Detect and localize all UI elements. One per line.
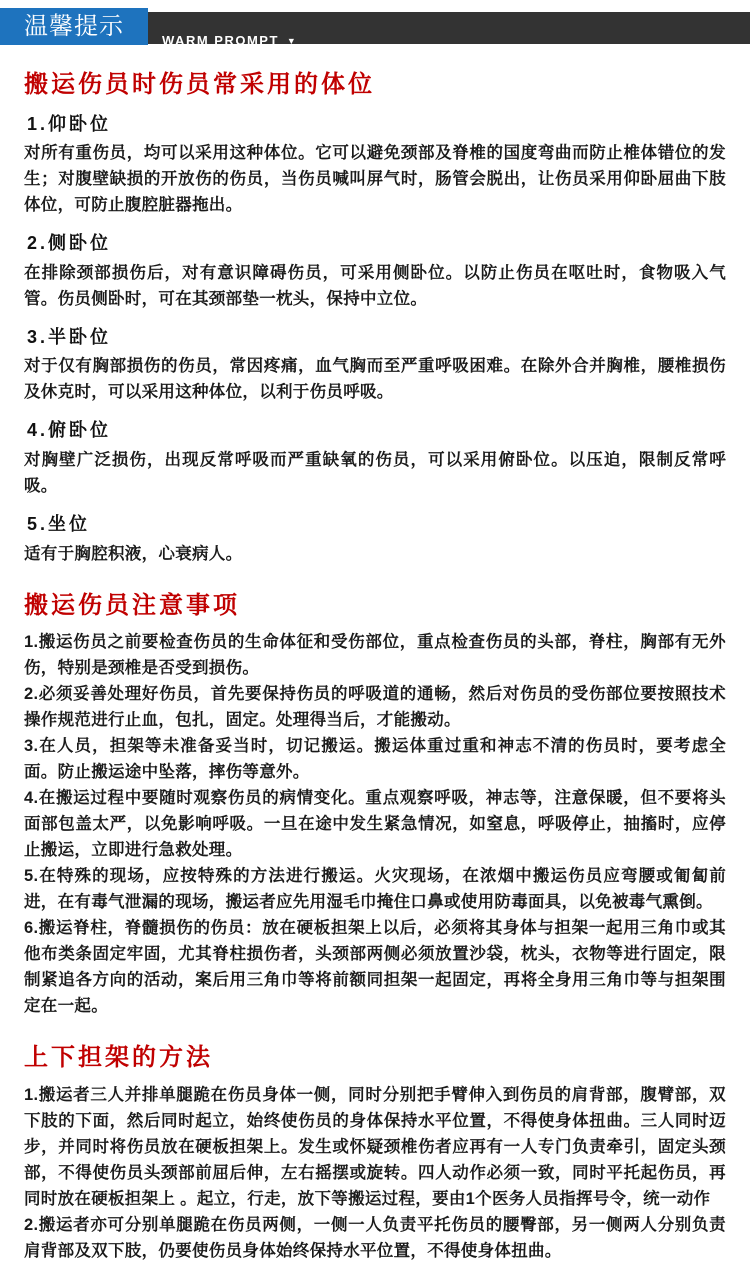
note-paragraph-4: 4.在搬运过程中要随时观察伤员的病情变化。重点观察呼吸，神志等，注意保暖，但不要… [24, 785, 726, 863]
position-text-sitting: 适有于胸腔积液，心衰病人。 [24, 541, 726, 567]
warm-prompt-menu[interactable]: WARM PROMPT ▼ [162, 24, 296, 56]
method-paragraph-1: 1.搬运者三人并排单腿跪在伤员身体一侧，同时分别把手臂伸入到伤员的肩背部，腹臂部… [24, 1082, 726, 1212]
position-text-lateral: 在排除颈部损伤后，对有意识障碍伤员，可采用侧卧位。以防止伤员在呕吐时，食物吸入气… [24, 260, 726, 312]
warm-prompt-badge: 温馨提示 [0, 8, 148, 45]
notes-list: 1.搬运伤员之前要检查伤员的生命体征和受伤部位，重点检查伤员的头部，脊柱，胸部有… [24, 629, 726, 1019]
page: WARM PROMPT ▼ 温馨提示 搬运伤员时伤员常采用的体位 1.仰卧位 对… [0, 0, 750, 1278]
position-text-prone: 对胸壁广泛损伤，出现反常呼吸而严重缺氧的伤员，可以采用俯卧位。以压迫，限制反常呼… [24, 447, 726, 499]
section-title-stretcher-method: 上下担架的方法 [24, 1044, 726, 1072]
position-subtitle-supine: 1.仰卧位 [27, 114, 726, 136]
note-paragraph-6: 6.搬运脊柱，脊髓损伤的伤员：放在硬板担架上以后，必须将其身体与担架一起用三角巾… [24, 915, 726, 1019]
section-title-positions: 搬运伤员时伤员常采用的体位 [24, 71, 726, 99]
note-paragraph-5: 5.在特殊的现场，应按特殊的方法进行搬运。火灾现场，在浓烟中搬运伤员应弯腰或匍匐… [24, 863, 726, 915]
position-subtitle-prone: 4.俯卧位 [27, 420, 726, 442]
position-subtitle-semi-recumbent: 3.半卧位 [27, 327, 726, 349]
note-paragraph-2: 2.必须妥善处理好伤员，首先要保持伤员的呼吸道的通畅，然后对伤员的受伤部位要按照… [24, 681, 726, 733]
note-paragraph-3: 3.在人员，担架等未准备妥当时，切记搬运。搬运体重过重和神志不清的伤员时，要考虑… [24, 733, 726, 785]
method-paragraph-2: 2.搬运者亦可分别单腿跪在伤员两侧，一侧一人负责平托伤员的腰臀部，另一侧两人分别… [24, 1212, 726, 1264]
chevron-down-icon: ▼ [287, 36, 296, 46]
note-paragraph-1: 1.搬运伤员之前要检查伤员的生命体征和受伤部位，重点检查伤员的头部，脊柱，胸部有… [24, 629, 726, 681]
section-title-notes: 搬运伤员注意事项 [24, 592, 726, 620]
header: WARM PROMPT ▼ 温馨提示 [0, 0, 750, 46]
content: 搬运伤员时伤员常采用的体位 1.仰卧位 对所有重伤员，均可以采用这种体位。它可以… [0, 71, 750, 1278]
position-subtitle-sitting: 5.坐位 [27, 514, 726, 536]
position-text-semi-recumbent: 对于仅有胸部损伤的伤员，常因疼痛，血气胸而至严重呼吸困难。在除外合并胸椎，腰椎损… [24, 353, 726, 405]
menu-label: WARM PROMPT [162, 33, 279, 48]
position-subtitle-lateral: 2.侧卧位 [27, 233, 726, 255]
position-text-supine: 对所有重伤员，均可以采用这种体位。它可以避免颈部及脊椎的国度弯曲而防止椎体错位的… [24, 140, 726, 218]
